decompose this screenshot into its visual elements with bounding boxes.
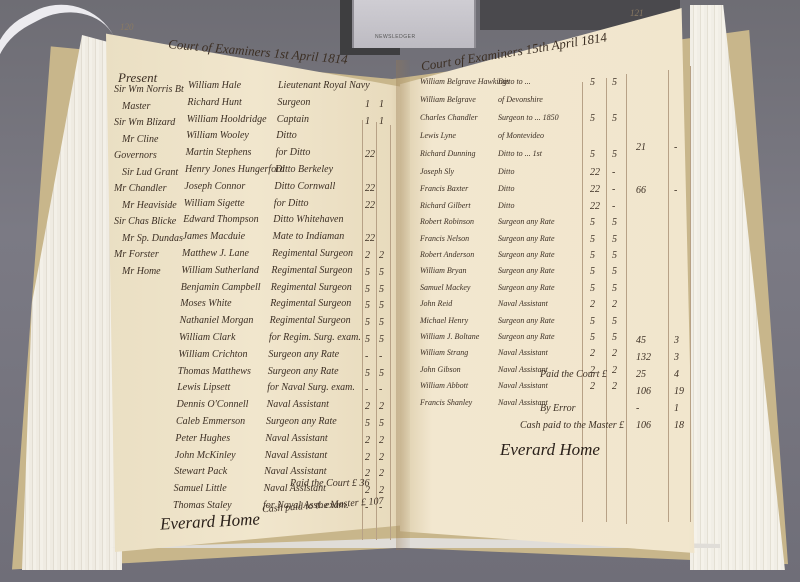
entry-fee-a: 5 [365,368,370,379]
entry-fee-b: 5 [379,368,384,379]
summary-pounds: - [636,403,639,414]
present-member: Sir Lud Grant [122,167,178,178]
entry-name: Nathaniel Morgan [180,315,254,326]
column-rule [668,70,669,522]
entry-name: Stewart Pack [174,466,227,477]
column-rule [390,125,391,540]
entry-fee-a: 2 [590,381,595,392]
entry-qualification: Naval Assistant [265,433,327,444]
entry-name: Francis Baxter [420,184,468,193]
entry-qualification: Naval Assistant [498,348,548,357]
subtotal-pounds: 45 [636,335,646,346]
entry-name: John McKinley [175,450,236,461]
column-rule [362,120,363,540]
entry-qualification: Ditto to ... 1st [498,149,542,158]
entry-fee-b: 5 [612,332,617,343]
summary-label: Paid the Court £ [540,369,607,380]
right-signature: Everard Home [500,440,600,460]
entry-fee-a: 2 [590,299,595,310]
entry-qualification: of Devonshire [498,95,543,104]
entry-fee-a: 5 [590,77,595,88]
entry-fee-b: 2 [612,348,617,359]
entry-name: Edward Thompson [183,214,258,225]
entry-fee-a: 5 [590,316,595,327]
entry-name: William Crichton [178,349,247,360]
entry-fee-a: 22 [590,184,600,195]
entry-fee-b: 5 [612,113,617,124]
left-page-number: 120 [120,22,134,32]
entry-qualification: Regimental Surgeon [271,265,352,276]
entry-fee-a: 2 [590,348,595,359]
present-member: Mr Heaviside [122,200,177,211]
present-member: Mr Cline [122,134,158,145]
subtotal-pounds: 21 [636,142,646,153]
summary-pounds: 132 [636,352,651,363]
entry-fee-a: 2 [365,452,370,463]
entry-fee-a: 5 [365,418,370,429]
entry-name: Robert Anderson [420,250,474,259]
entry-qualification: Ditto [498,201,514,210]
entry-name: Samuel Mackey [420,283,470,292]
entry-fee-a: 5 [590,234,595,245]
entry-name: Francis Nelson [420,234,469,243]
entry-name: James Macduie [183,231,245,242]
entry-fee-a: 22 [590,201,600,212]
entry-name: Caleb Emmerson [176,416,245,427]
summary-label: Cash paid to the Master £ [520,420,624,431]
entry-fee-b: 2 [612,299,617,310]
entry-qualification: Ditto to ... [498,77,531,86]
summary-pounds: 106 [636,420,651,431]
entry-fee-b: 5 [379,418,384,429]
entry-name: Moses White [180,298,231,309]
entry-fee-a: 2 [365,485,370,496]
entry-fee-b: 5 [612,266,617,277]
column-rule [606,78,607,522]
entry-qualification: Mate to Indiaman [273,231,345,242]
entry-fee-a: 5 [590,283,595,294]
present-member: Sir Wm Norris Bt [114,84,184,95]
entry-fee-a: 22 [590,167,600,178]
present-member: Mr Forster [114,249,159,260]
entry-fee-a: 5 [365,267,370,278]
column-rule [626,74,627,524]
entry-fee-b: 5 [612,217,617,228]
entry-fee-b: 5 [379,334,384,345]
entry-name: William Clark [179,332,235,343]
entry-name: Matthew J. Lane [182,248,249,259]
entry-name: Lewis Lyne [420,131,456,140]
present-member: Sir Wm Blizard [114,117,175,128]
entry-name: William Strang [420,348,468,357]
entry-fee-a: 22 [365,233,375,244]
entry-qualification: Regimental Surgeon [270,315,351,326]
entry-fee-a: 22 [365,200,375,211]
entry-fee-a: 2 [365,401,370,412]
entry-qualification: Surgeon any Rate [498,266,555,275]
summary-shillings: 1 [674,403,679,414]
entry-fee-a: - [365,351,368,362]
entry-qualification: Ditto Whitehaven [273,214,343,225]
entry-fee-a: 5 [365,317,370,328]
summary-shillings: 3 [674,352,679,363]
entry-name: Peter Hughes [175,433,230,444]
entry-name: William Wooley [186,130,249,141]
entry-qualification: Ditto Berkeley [275,164,333,175]
entry-qualification: for Naval Asst. exam. [263,500,349,511]
entry-fee-a: 5 [590,149,595,160]
present-member: Mr Home [122,266,161,277]
entry-fee-b: 5 [379,300,384,311]
entry-fee-b: 5 [612,250,617,261]
right-page-number: 121 [630,8,644,18]
entry-fee-b: 5 [612,316,617,327]
entry-name: Lewis Lipsett [177,382,230,393]
entry-qualification: for Regim. Surg. exam. [269,332,361,343]
entry-name: Thomas Staley [173,500,232,511]
entry-fee-b: 5 [612,77,617,88]
entry-name: Dennis O'Connell [177,399,249,410]
entry-fee-a: 5 [590,217,595,228]
entry-fee-a: 2 [365,435,370,446]
entry-fee-a: 5 [590,250,595,261]
subtotal-shillings: - [674,142,677,153]
entry-fee-a: 22 [365,149,375,160]
entry-qualification: Surgeon any Rate [498,234,555,243]
entry-name: William Hale [188,80,241,91]
entry-qualification: for Ditto [274,198,309,209]
entry-fee-b: - [379,384,382,395]
right-page [400,8,720,553]
entry-fee-a: 5 [590,332,595,343]
entry-fee-b: - [612,184,615,195]
entry-name: Michael Henry [420,316,468,325]
present-member: Master [122,101,150,112]
entry-qualification: Naval Assistant [264,483,326,494]
entry-qualification: of Montevideo [498,131,544,140]
summary-label: By Error [540,403,575,414]
entry-fee-a: 5 [590,266,595,277]
column-rule [376,122,377,540]
entry-name: William Belgrave [420,95,476,104]
entry-fee-b: 1 [379,116,384,127]
entry-name: Samuel Little [174,483,227,494]
entry-name: William Belgrave Hawkings [420,77,510,86]
entry-name: Richard Gilbert [420,201,471,210]
entry-qualification: Regimental Surgeon [272,248,353,259]
entry-fee-b: 2 [379,401,384,412]
entry-qualification: Naval Assistant [498,381,548,390]
entry-qualification: Surgeon [277,97,310,108]
entry-name: Charles Chandler [420,113,478,122]
entry-name: Thomas Matthews [178,366,251,377]
subtotal-shillings: 3 [674,335,679,346]
entry-fee-a: 2 [365,250,370,261]
entry-qualification: Naval Assistant [264,466,326,477]
entry-fee-b: 1 [379,99,384,110]
entry-fee-a: 5 [365,334,370,345]
entry-fee-a: - [365,384,368,395]
entry-fee-b: 5 [379,284,384,295]
entry-fee-a: 2 [365,468,370,479]
entry-fee-a: 1 [365,99,370,110]
summary-pounds: 25 [636,369,646,380]
entry-fee-b: 2 [379,468,384,479]
entry-fee-b: 2 [379,485,384,496]
entry-qualification: Surgeon any Rate [268,349,339,360]
entry-name: William J. Boltane [420,332,479,341]
entry-fee-b: 2 [379,435,384,446]
entry-qualification: Ditto [498,184,514,193]
subtotal-pounds: 66 [636,185,646,196]
entry-qualification: Surgeon any Rate [498,332,555,341]
present-member: Governors [114,150,157,161]
column-rule [690,66,691,522]
entry-name: Richard Hunt [187,97,241,108]
entry-name: Richard Dunning [420,149,475,158]
summary-shillings: 4 [674,369,679,380]
present-member: Mr Chandler [114,183,167,194]
entry-fee-a: 22 [365,183,375,194]
entry-qualification: for Ditto [276,147,311,158]
entry-name: Joseph Sly [420,167,454,176]
present-member: Sir Chas Blicke [114,216,176,227]
entry-qualification: Ditto [498,167,514,176]
entry-qualification: Surgeon any Rate [268,366,339,377]
entry-fee-b: 5 [379,267,384,278]
entry-name: William Abbott [420,381,468,390]
entry-fee-a: 5 [365,284,370,295]
entry-name: William Hooldridge [187,114,267,125]
entry-qualification: Surgeon any Rate [498,283,555,292]
entry-fee-b: 5 [612,283,617,294]
entry-name: John Reid [420,299,452,308]
entry-qualification: Regimental Surgeon [270,298,351,309]
entry-fee-b: 5 [612,149,617,160]
entry-fee-b: - [612,201,615,212]
entry-qualification: Regimental Surgeon [271,282,352,293]
entry-fee-a: 5 [590,113,595,124]
label-card-text: NEWSLEDGER [375,34,416,40]
entry-fee-a: 5 [365,300,370,311]
summary-pounds: 106 [636,386,651,397]
present-member: Mr Sp. Dundas [122,233,183,244]
entry-fee-b: - [379,351,382,362]
entry-qualification: Ditto Cornwall [274,181,335,192]
entry-qualification: Surgeon to ... 1850 [498,113,559,122]
book-gutter [396,60,410,550]
entry-fee-a: - [365,502,368,513]
summary-shillings: 19 [674,386,684,397]
entry-fee-b: - [612,167,615,178]
entry-name: William Bryan [420,266,466,275]
entry-fee-b: 2 [379,452,384,463]
entry-fee-b: 5 [612,234,617,245]
entry-qualification: Naval Assistant [265,450,327,461]
entry-qualification: Surgeon any Rate [498,250,555,259]
entry-qualification: Naval Assistant [267,399,329,410]
entry-name: Benjamin Campbell [181,282,261,293]
entry-name: Francis Shanley [420,398,472,407]
entry-fee-b: 2 [612,365,617,376]
entry-fee-b: 5 [379,317,384,328]
entry-qualification: Surgeon any Rate [498,316,555,325]
entry-name: Robert Robinson [420,217,474,226]
entry-name: Martin Stephens [186,147,252,158]
entry-qualification: Captain [277,114,309,125]
entry-name: John Gibson [420,365,461,374]
entry-qualification: Surgeon any Rate [498,217,555,226]
entry-name: Joseph Connor [184,181,245,192]
summary-shillings: 18 [674,420,684,431]
entry-fee-b: - [379,502,382,513]
entry-name: William Sutherland [181,265,259,276]
entry-name: William Sigette [184,198,245,209]
entry-fee-b: 2 [612,381,617,392]
entry-fee-a: 1 [365,116,370,127]
label-card [352,0,476,48]
entry-qualification: for Naval Surg. exam. [267,382,355,393]
entry-qualification: Lieutenant Royal Navy [278,80,370,91]
entry-name: Henry Jones Hungerford [185,164,285,175]
entry-qualification: Surgeon any Rate [266,416,337,427]
entry-qualification: Ditto [276,130,297,141]
entry-fee-b: 2 [379,250,384,261]
subtotal-shillings: - [674,185,677,196]
entry-qualification: Naval Assistant [498,299,548,308]
